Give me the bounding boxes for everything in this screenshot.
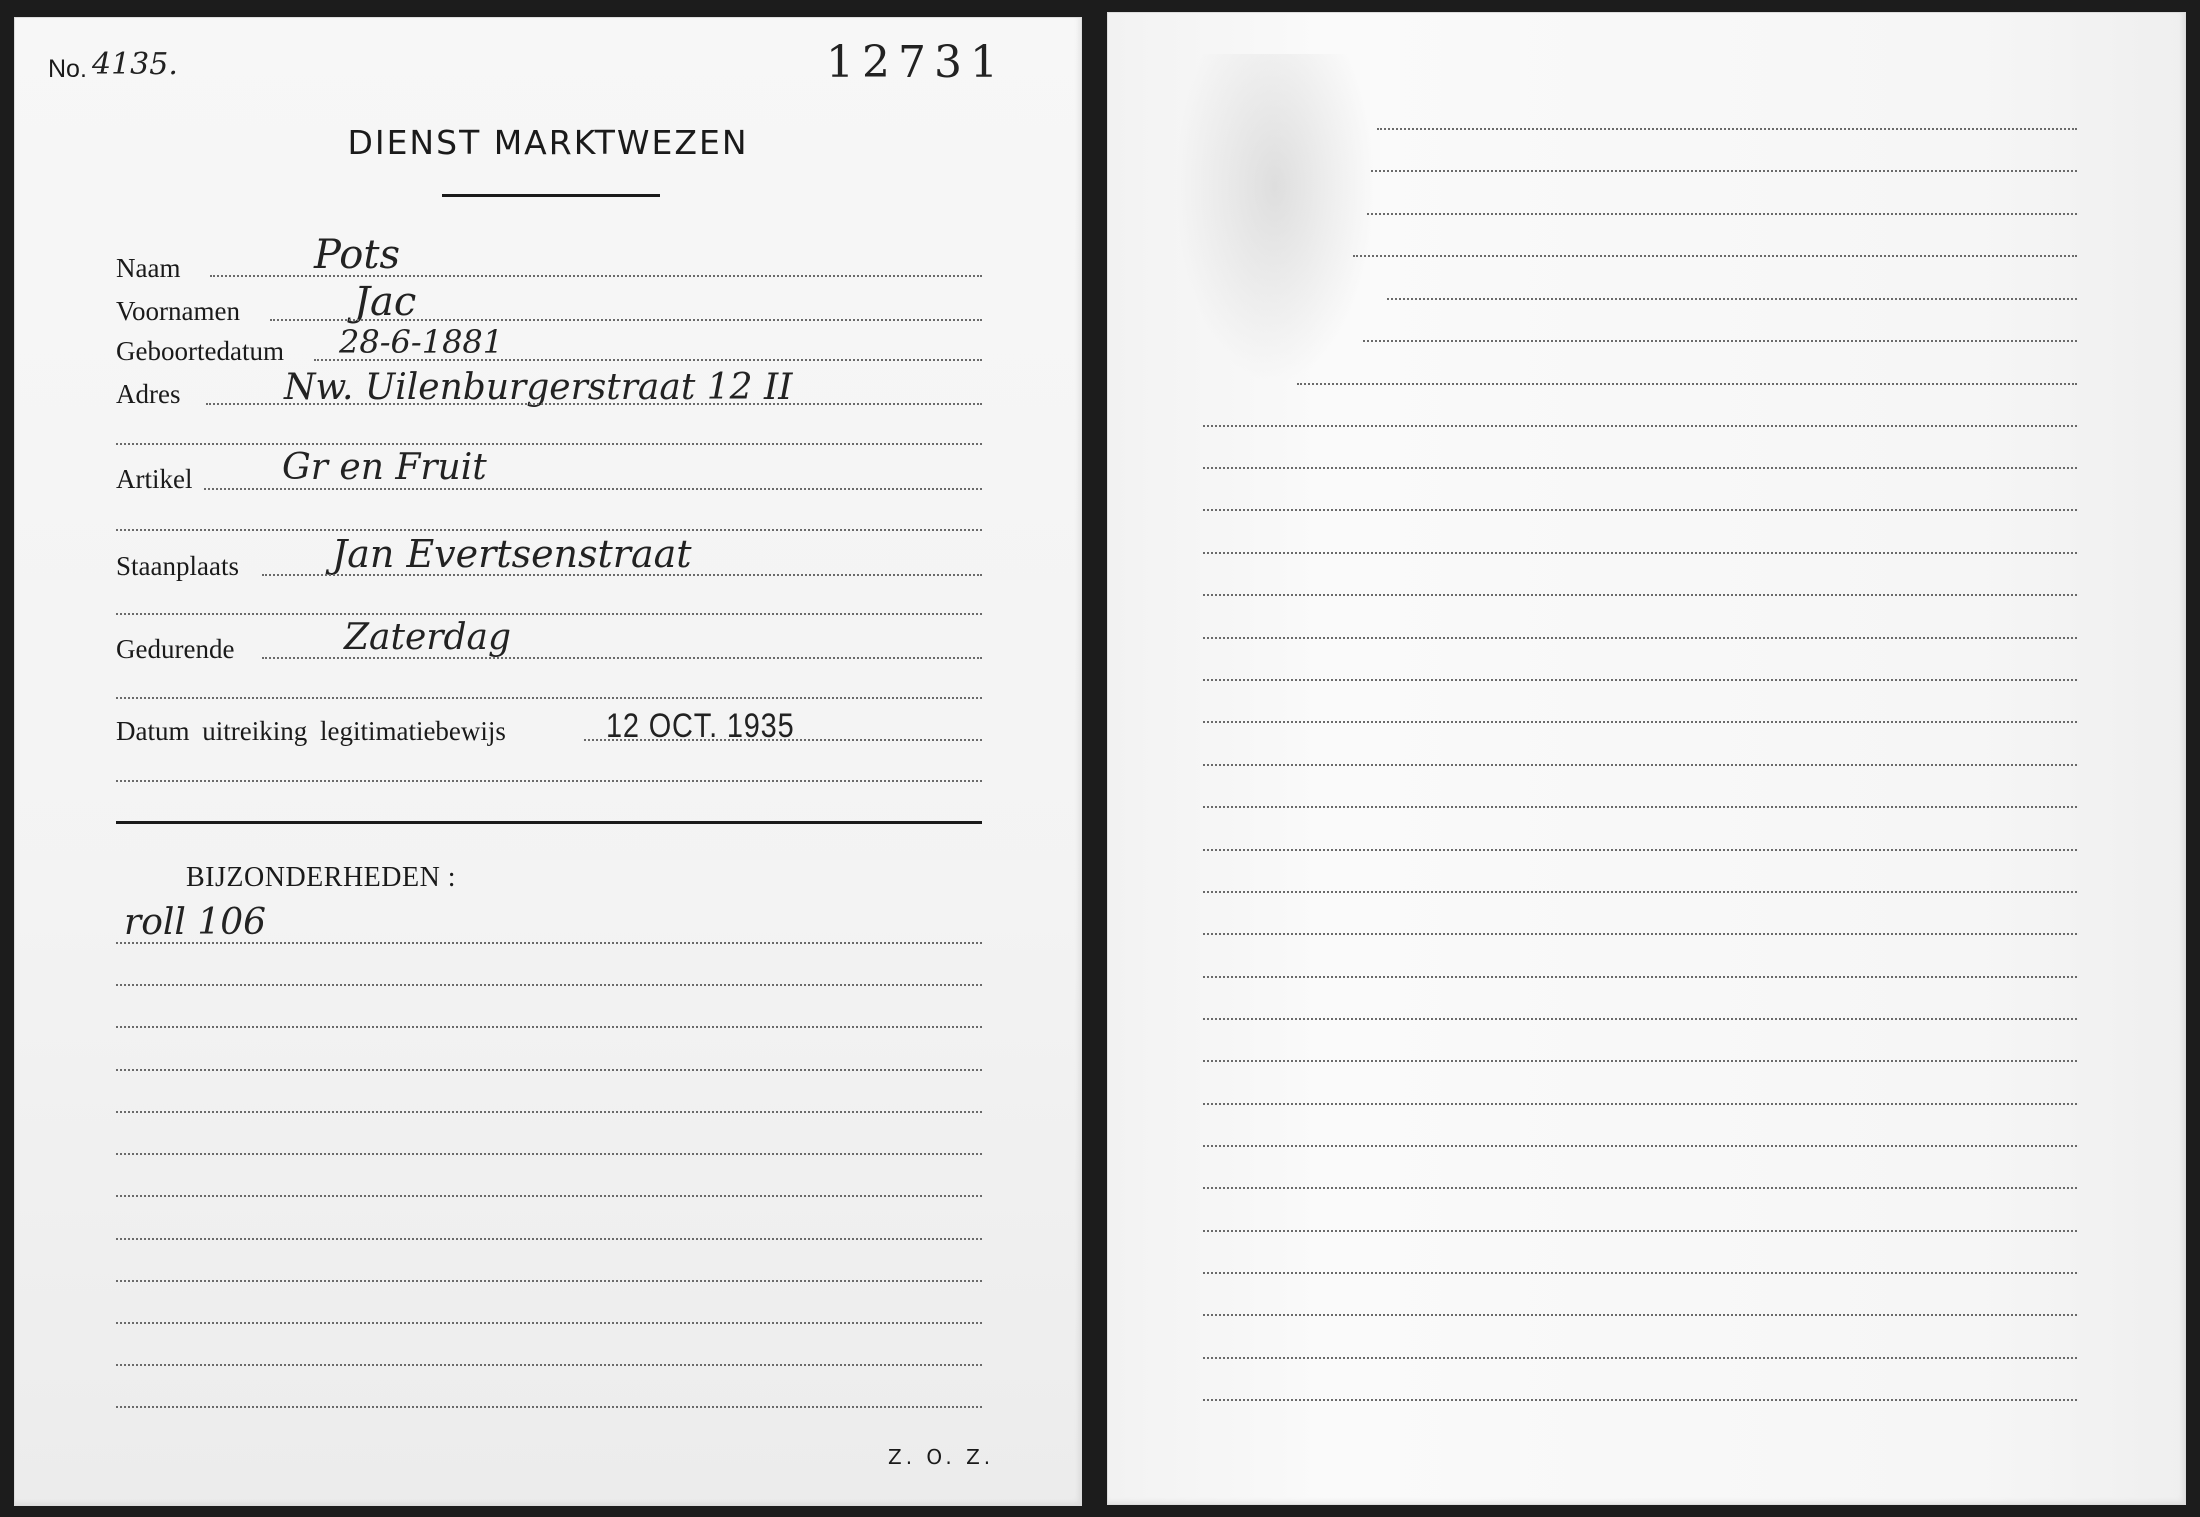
field-label-datum-uitreiking: Datum uitreiking legitimatiebewijs [116,716,506,747]
field-label-adres: Adres [116,379,180,410]
ruled-line [1377,128,2077,130]
remarks-line [116,1153,982,1155]
ruled-line [1203,1399,2077,1401]
remarks-line [116,1364,982,1366]
field-line-naam [210,275,982,277]
index-card-back [1107,12,2186,1505]
remarks-line [116,984,982,986]
field-label-naam: Naam [116,253,180,284]
ruled-line [1203,891,2077,893]
ruled-line [1203,1103,2077,1105]
field-label-artikel: Artikel [116,464,192,495]
remarks-entry: roll 106 [124,902,266,943]
ruled-line [1387,298,2077,300]
remarks-line [116,1238,982,1240]
ruled-line [1203,976,2077,978]
field-line-blank [116,613,982,615]
section-divider [116,821,982,824]
ruled-line [1203,764,2077,766]
ruled-line [1363,340,2077,342]
ruled-line [1203,1230,2077,1232]
field-value-artikel: Gr en Fruit [282,447,487,488]
ruled-line [1203,849,2077,851]
field-line-voornamen [270,319,982,321]
field-value-staanplaats: Jan Evertsenstraat [332,532,692,576]
paper-stain [1175,54,1375,384]
field-line-gedurende [262,657,982,659]
ruled-line [1353,255,2077,257]
ruled-line [1203,1060,2077,1062]
remarks-line [116,1280,982,1282]
remarks-line [116,1195,982,1197]
field-line-artikel [204,488,982,490]
remarks-line [116,1406,982,1408]
field-label-staanplaats: Staanplaats [116,551,239,582]
field-line-staanplaats [262,574,982,576]
ruled-line [1203,721,2077,723]
ruled-line [1203,1018,2077,1020]
ruled-line [1203,806,2077,808]
field-value-gedurende: Zaterdag [344,617,511,658]
ruled-line [1203,1145,2077,1147]
ruled-line [1203,679,2077,681]
ruled-line [1203,1187,2077,1189]
ruled-line [1367,213,2077,215]
ruled-line [1203,1272,2077,1274]
number-value: 4135. [92,47,178,82]
ruled-line [1203,933,2077,935]
ruled-line [1203,594,2077,596]
archive-number: 12731 [826,37,1006,88]
remarks-line [116,1026,982,1028]
field-label-geboortedatum: Geboortedatum [116,336,284,367]
remarks-line [116,942,982,944]
field-value-naam: Pots [314,232,400,278]
turn-over-note: Z. O. Z. [888,1445,994,1469]
field-line-datum [584,739,982,741]
field-line-blank [116,529,982,531]
remarks-line [116,1111,982,1113]
page-title: DIENST MARKTWEZEN [14,123,1082,162]
field-line-blank [116,697,982,699]
ruled-line [1203,467,2077,469]
number-label: No. [48,55,87,84]
field-label-voornamen: Voornamen [116,296,240,327]
remarks-line [116,1069,982,1071]
ruled-line [1297,383,2077,385]
ruled-line [1203,509,2077,511]
title-underline [442,194,660,197]
field-label-gedurende: Gedurende [116,634,234,665]
field-line-geboortedatum [314,359,982,361]
ruled-line [1203,1314,2077,1316]
ruled-line [1203,552,2077,554]
ruled-line [1203,1357,2077,1359]
field-line-blank [116,780,982,782]
field-value-adres: Nw. Uilenburgerstraat 12 II [284,367,792,408]
ruled-line [1203,425,2077,427]
field-value-geboortedatum: 28-6-1881 [339,323,503,361]
remarks-line [116,1322,982,1324]
remarks-heading: BIJZONDERHEDEN : [186,862,456,894]
field-line-adres [206,403,982,405]
index-card-front: No. 4135. 12731 DIENST MARKTWEZEN Naam V… [14,17,1082,1506]
ruled-line [1371,170,2077,172]
field-line-blank [116,443,982,445]
ruled-line [1203,637,2077,639]
